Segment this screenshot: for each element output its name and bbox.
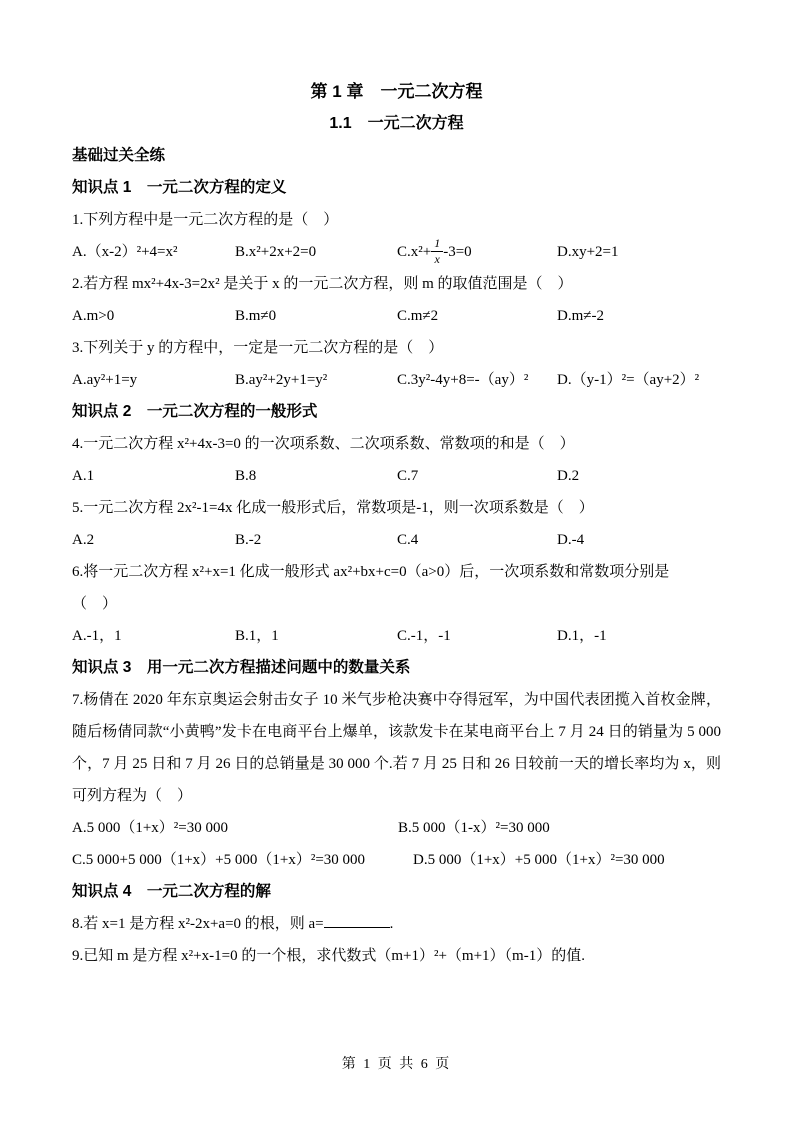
question-1-options: A.（x-2）²+4=x² B.x²+2x+2=0 C.x²+1x-3=0 D.… (72, 236, 721, 268)
chapter-title: 第 1 章 一元二次方程 (72, 76, 721, 108)
q3-option-d: D.（y-1）²=（ay+2）² (557, 364, 721, 396)
page-content: 第 1 章 一元二次方程 1.1 一元二次方程 基础过关全练 知识点 1 一元二… (72, 76, 721, 972)
question-4-stem: 4.一元二次方程 x²+4x-3=0 的一次项系数、二次项系数、常数项的和是（ … (72, 428, 721, 460)
question-3-options: A.ay²+1=y B.ay²+2y+1=y² C.3y²-4y+8=-（ay）… (72, 364, 721, 396)
knowledge-point-2-heading: 知识点 2 一元二次方程的一般形式 (72, 396, 721, 428)
q3-option-c: C.3y²-4y+8=-（ay）² (397, 364, 557, 396)
question-4-options: A.1 B.8 C.7 D.2 (72, 460, 721, 492)
question-6-stem-line2: （ ） (72, 588, 721, 620)
q7-option-c: C.5 000+5 000（1+x）+5 000（1+x）²=30 000 (72, 844, 413, 876)
question-5-options: A.2 B.-2 C.4 D.-4 (72, 524, 721, 556)
q1-option-c: C.x²+1x-3=0 (397, 236, 557, 268)
q6-option-b: B.1，1 (235, 620, 397, 652)
q7-option-d: D.5 000（1+x）+5 000（1+x）²=30 000 (413, 844, 721, 876)
question-3-stem: 3.下列关于 y 的方程中，一定是一元二次方程的是（ ） (72, 332, 721, 364)
q7-option-b: B.5 000（1-x）²=30 000 (398, 812, 721, 844)
question-8-stem: 8.若 x=1 是方程 x²-2x+a=0 的根，则 a=. (72, 908, 721, 940)
fraction-numerator: 1 (431, 237, 443, 252)
q3-option-a: A.ay²+1=y (72, 364, 235, 396)
fraction: 1x (431, 237, 443, 265)
q4-option-b: B.8 (235, 460, 397, 492)
section-title: 1.1 一元二次方程 (72, 108, 721, 140)
fraction-denominator: x (431, 252, 443, 266)
page-number: 第 1 页 共 6 页 (0, 1053, 793, 1073)
question-6-stem-line1: 6.将一元二次方程 x²+x=1 化成一般形式 ax²+bx+c=0（a>0）后… (72, 556, 721, 588)
q6-option-a: A.-1，1 (72, 620, 235, 652)
question-5-stem: 5.一元二次方程 2x²-1=4x 化成一般形式后，常数项是-1，则一次项系数是… (72, 492, 721, 524)
q1-option-a: A.（x-2）²+4=x² (72, 236, 235, 268)
question-9-stem: 9.已知 m 是方程 x²+x-1=0 的一个根，求代数式（m+1）²+（m+1… (72, 940, 721, 972)
q7-option-a: A.5 000（1+x）²=30 000 (72, 812, 398, 844)
question-2-stem: 2.若方程 mx²+4x-3=2x² 是关于 x 的一元二次方程，则 m 的取值… (72, 268, 721, 300)
knowledge-point-1-heading: 知识点 1 一元二次方程的定义 (72, 172, 721, 204)
question-7-options-row1: A.5 000（1+x）²=30 000 B.5 000（1-x）²=30 00… (72, 812, 721, 844)
q2-option-a: A.m>0 (72, 300, 235, 332)
q6-option-d: D.1，-1 (557, 620, 721, 652)
question-7-options-row2: C.5 000+5 000（1+x）+5 000（1+x）²=30 000 D.… (72, 844, 721, 876)
q4-option-d: D.2 (557, 460, 721, 492)
question-1-stem: 1.下列方程中是一元二次方程的是（ ） (72, 204, 721, 236)
question-7-stem: 7.杨倩在 2020 年东京奥运会射击女子 10 米气步枪决赛中夺得冠军，为中国… (72, 684, 721, 812)
q2-option-b: B.m≠0 (235, 300, 397, 332)
document-page: 第 1 章 一元二次方程 1.1 一元二次方程 基础过关全练 知识点 1 一元二… (0, 0, 793, 1122)
q5-option-a: A.2 (72, 524, 235, 556)
q8-text-post: . (390, 916, 394, 932)
q1-option-d: D.xy+2=1 (557, 236, 721, 268)
q8-text-pre: 8.若 x=1 是方程 x²-2x+a=0 的根，则 a= (72, 916, 324, 932)
q1-option-b: B.x²+2x+2=0 (235, 236, 397, 268)
knowledge-point-3-heading: 知识点 3 用一元二次方程描述问题中的数量关系 (72, 652, 721, 684)
answer-blank (324, 912, 390, 928)
q4-option-c: C.7 (397, 460, 557, 492)
q3-option-b: B.ay²+2y+1=y² (235, 364, 397, 396)
q5-option-c: C.4 (397, 524, 557, 556)
q2-option-d: D.m≠-2 (557, 300, 721, 332)
q6-option-c: C.-1，-1 (397, 620, 557, 652)
q5-option-d: D.-4 (557, 524, 721, 556)
practice-heading: 基础过关全练 (72, 140, 721, 172)
knowledge-point-4-heading: 知识点 4 一元二次方程的解 (72, 876, 721, 908)
question-6-options: A.-1，1 B.1，1 C.-1，-1 D.1，-1 (72, 620, 721, 652)
q1-option-c-pre: C.x²+ (397, 244, 431, 260)
q4-option-a: A.1 (72, 460, 235, 492)
q2-option-c: C.m≠2 (397, 300, 557, 332)
q1-option-c-post: -3=0 (443, 244, 471, 260)
q5-option-b: B.-2 (235, 524, 397, 556)
question-2-options: A.m>0 B.m≠0 C.m≠2 D.m≠-2 (72, 300, 721, 332)
